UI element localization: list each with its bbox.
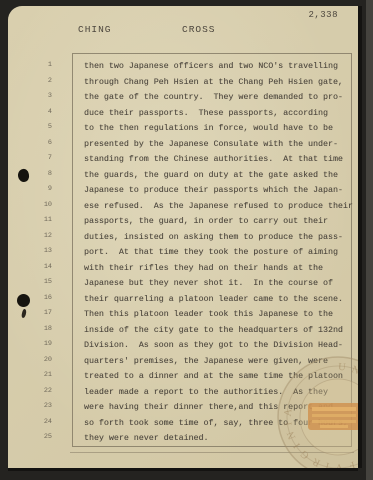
transcript-line: standing from the Chinese authorities. A… <box>84 152 351 168</box>
line-number: 4 <box>22 105 52 121</box>
transcript-line: with their rifles they had on their hand… <box>84 261 351 277</box>
examination-type-label: CROSS <box>182 24 216 35</box>
line-number: 9 <box>22 182 52 198</box>
line-number: 19 <box>22 337 52 353</box>
transcript-line: passports, the guard, in order to carry … <box>84 214 351 230</box>
transcript-line: then two Japanese officers and two NCO's… <box>84 59 351 75</box>
document-page: 2,338 CHING CROSS 1234567891011121314151… <box>8 6 358 468</box>
library-seal: U N I V E R S I T Y O F V I R G I N I A <box>268 347 358 468</box>
line-number: 17 <box>22 306 52 322</box>
transcript-line: their quarreling a platoon leader came t… <box>84 292 351 308</box>
line-number: 5 <box>22 120 52 136</box>
transcript-line: the guards, the guard on duty at the gat… <box>84 168 351 184</box>
line-number: 18 <box>22 322 52 338</box>
line-number: 22 <box>22 384 52 400</box>
scan-background: 2,338 CHING CROSS 1234567891011121314151… <box>0 0 373 480</box>
scan-edge-strip <box>366 0 373 480</box>
witness-name-label: CHING <box>78 24 112 35</box>
line-number: 23 <box>22 399 52 415</box>
line-number: 25 <box>22 430 52 446</box>
line-number: 3 <box>22 89 52 105</box>
transcript-line: the gate of the country. They were deman… <box>84 90 351 106</box>
transcript-line: Japanese but they never shot it. In the … <box>84 276 351 292</box>
transcript-line: Japanese to produce their passports whic… <box>84 183 351 199</box>
line-number: 1 <box>22 58 52 74</box>
line-number: 15 <box>22 275 52 291</box>
line-number-column: 1234567891011121314151617181920212223242… <box>22 58 52 446</box>
page-number: 2,338 <box>308 10 338 20</box>
transcript-line: duce their passports. These passports, a… <box>84 106 351 122</box>
transcript-line: inside of the city gate to the headquart… <box>84 323 351 339</box>
line-number: 7 <box>22 151 52 167</box>
transcript-line: through Chang Peh Hsien at the Chang Peh… <box>84 75 351 91</box>
transcript-line: duties, insisted on asking them to produ… <box>84 230 351 246</box>
transcript-line: port. At that time they took the posture… <box>84 245 351 261</box>
transcript-line: Then this platoon leader took this Japan… <box>84 307 351 323</box>
transcript-line: to the then regulations in force, would … <box>84 121 351 137</box>
line-number: 12 <box>22 229 52 245</box>
line-number: 21 <box>22 368 52 384</box>
line-number: 24 <box>22 415 52 431</box>
seal-center-stamp <box>308 403 358 430</box>
transcript-line: ese refused. As the Japanese refused to … <box>84 199 351 215</box>
line-number: 6 <box>22 136 52 152</box>
hole-punch-bottom <box>17 294 30 307</box>
line-number: 14 <box>22 260 52 276</box>
line-number: 2 <box>22 74 52 90</box>
line-number: 11 <box>22 213 52 229</box>
line-number: 20 <box>22 353 52 369</box>
transcript-line: presented by the Japanese Consulate with… <box>84 137 351 153</box>
line-number: 10 <box>22 198 52 214</box>
line-number: 13 <box>22 244 52 260</box>
